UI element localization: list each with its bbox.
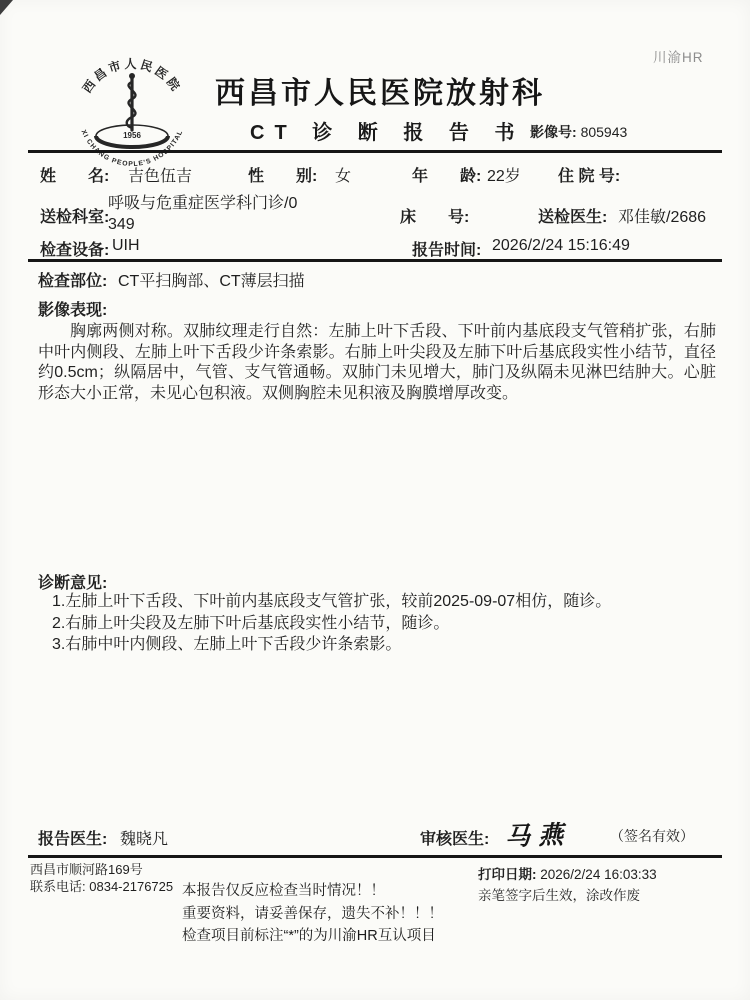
signature-valid-note: （签名有效）: [610, 826, 694, 846]
ref-doctor-value: 邓佳敏/2686: [618, 204, 706, 227]
report-time-value: 2026/2/24 15:16:49: [492, 237, 630, 255]
exam-part-row: 检查部位: CT平扫胸部、CT薄层扫描: [0, 268, 750, 290]
diagnosis-item: 2.右肺上叶尖段及左肺下叶后基底段实性小结节，随诊。: [52, 613, 722, 635]
footer-print-info: 打印日期: 2026/2/24 16:03:33 亲笔签字后生效，涂改作废: [478, 864, 657, 906]
exam-part-value: CT平扫胸部、CT薄层扫描: [118, 268, 305, 291]
dept-label: 送检科室:: [40, 204, 109, 227]
image-number: 影像号: 805943: [530, 122, 627, 142]
divider-patient: [28, 259, 722, 262]
footer-contact: 西昌市顺河路169号 联系电话: 0834-2176725: [30, 861, 173, 895]
report-doctor-value: 魏晓凡: [120, 826, 168, 849]
findings-text: 胸廓两侧对称。双肺纹理走行自然：左肺上叶下舌段、下叶前内基底段支气管稍扩张，右肺…: [38, 322, 716, 404]
diagnosis-item: 3.右肺中叶内侧段、左肺上叶下舌段少许条索影。: [52, 634, 722, 656]
footer-note: 本报告仅反应检查当时情况！！: [182, 880, 443, 903]
divider-header: [28, 150, 722, 153]
exam-part-label: 检查部位:: [38, 268, 107, 291]
print-date-label: 打印日期:: [478, 867, 537, 882]
footer-note: 重要资料，请妥善保存，遗失不补！！！: [182, 903, 443, 926]
logo-year: 1956: [123, 131, 141, 140]
patient-row-1: 姓 名: 吉色伍吉 性 别: 女 年 龄: 22岁 住 院 号:: [0, 163, 750, 185]
hospital-logo: 西昌市人民医院 1956 XI CHANG PEOPLE'S HOSPITAL: [62, 50, 202, 172]
device-value: UIH: [112, 237, 140, 255]
image-number-label: 影像号:: [530, 124, 577, 140]
ct-report-page: 川渝HR 西昌市人民医院 1956 XI CHANG PEOPLE'S HOSP: [0, 0, 750, 1000]
review-doctor-label: 审核医生:: [420, 826, 489, 849]
bed-label: 床 号:: [400, 204, 469, 227]
review-doctor-signature: 马燕: [504, 815, 571, 853]
gender-value: 女: [335, 163, 351, 186]
device-label: 检查设备:: [40, 237, 109, 260]
name-value: 吉色伍吉: [128, 163, 192, 186]
phone-label: 联系电话:: [30, 879, 86, 894]
patient-row-2: 送检科室: 呼吸与危重症医学科门诊/0349 床 号: 送检医生: 邓佳敏/26…: [0, 193, 750, 239]
diagnosis-list: 1.左肺上叶下舌段、下叶前内基底段支气管扩张，较前2025-09-07相仿，随诊…: [52, 591, 722, 656]
patient-row-3: 检查设备: UIH 报告时间: 2026/2/24 15:16:49: [0, 237, 750, 259]
ref-doctor-label: 送检医生:: [538, 204, 607, 227]
report-doctor-label: 报告医生:: [38, 826, 107, 849]
regional-watermark: 川渝HR: [653, 46, 704, 66]
asclepius-staff-icon: [127, 73, 136, 130]
print-date: 打印日期: 2026/2/24 16:03:33: [478, 864, 657, 885]
name-label: 姓 名:: [40, 163, 109, 186]
report-title: CT 诊 断 报 告 书: [250, 116, 524, 145]
findings-heading: 影像表现:: [38, 297, 107, 320]
signature-effective-note: 亲笔签字后生效，涂改作废: [478, 885, 657, 906]
image-number-value: 805943: [581, 124, 628, 140]
hospital-address: 西昌市顺河路169号: [30, 861, 173, 878]
footer-note: 检查项目前标注“*”的为川渝HR互认项目: [182, 925, 443, 948]
hospital-title: 西昌市人民医院放射科: [215, 68, 545, 112]
signoff-row: 报告医生: 魏晓凡 审核医生: 马燕 （签名有效）: [0, 826, 750, 848]
inpatient-label: 住 院 号:: [558, 163, 620, 186]
hospital-phone: 联系电话: 0834-2176725: [30, 878, 173, 895]
age-value: 22岁: [487, 163, 521, 186]
report-time-label: 报告时间:: [412, 237, 481, 260]
diagnosis-heading: 诊断意见:: [38, 570, 107, 593]
dept-value: 呼吸与危重症医学科门诊/0349: [108, 193, 303, 235]
print-date-value: 2026/2/24 16:03:33: [540, 867, 656, 882]
divider-footer: [28, 855, 722, 858]
age-label: 年 龄:: [412, 163, 481, 186]
footer-notes: 本报告仅反应检查当时情况！！ 重要资料，请妥善保存，遗失不补！！！ 检查项目前标…: [182, 880, 443, 948]
scan-artifact: [0, 0, 13, 15]
phone-value: 0834-2176725: [89, 879, 173, 894]
diagnosis-item: 1.左肺上叶下舌段、下叶前内基底段支气管扩张，较前2025-09-07相仿，随诊…: [52, 591, 722, 613]
gender-label: 性 别:: [248, 163, 317, 186]
